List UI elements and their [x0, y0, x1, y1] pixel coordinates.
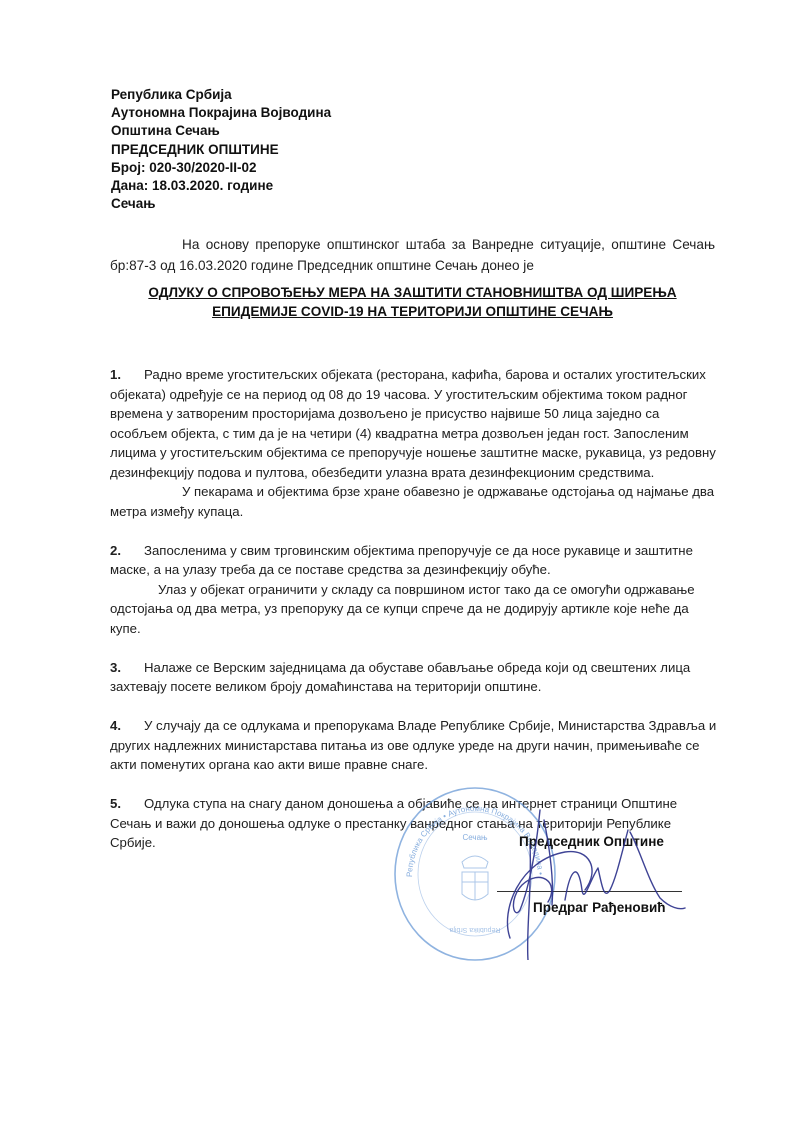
item-text: У случају да се одлукама и препорукама В… — [110, 718, 716, 772]
letterhead-municipality: Општина Сечањ — [111, 122, 331, 140]
letterhead-date: Дана: 18.03.2020. године — [111, 177, 331, 195]
item-number: 5. — [110, 794, 144, 814]
item-subparagraph: Улаз у објекат ограничити у складу са по… — [110, 580, 718, 639]
letterhead-number: Број: 020-30/2020-II-02 — [111, 159, 331, 177]
item-text: Налаже се Верским заједницама да обустав… — [110, 660, 690, 695]
decision-item-4: 4.У случају да се одлукама и препорукама… — [110, 716, 718, 775]
preamble: На основу препоруке општинског штаба за … — [110, 234, 715, 276]
letterhead-country: Република Србија — [111, 86, 331, 104]
item-number: 3. — [110, 658, 144, 678]
item-number: 4. — [110, 716, 144, 736]
item-subparagraph: У пекарама и објектима брзе хране обавез… — [110, 482, 718, 521]
letterhead-province: Аутономна Покрајина Војводина — [111, 104, 331, 122]
document-title-line-2: ЕПИДЕМИЈЕ COVID-19 НА ТЕРИТОРИЈИ ОПШТИНЕ… — [100, 302, 725, 321]
document-title: ОДЛУКУ О СПРОВОЂЕЊУ МЕРА НА ЗАШТИТИ СТАН… — [100, 283, 725, 321]
document-title-line-1: ОДЛУКУ О СПРОВОЂЕЊУ МЕРА НА ЗАШТИТИ СТАН… — [100, 283, 725, 302]
item-text: Радно време угоститељских објеката (рест… — [110, 367, 716, 480]
handwritten-signature-icon — [470, 790, 690, 960]
decision-item-1: 1.Радно време угоститељских објеката (ре… — [110, 365, 718, 521]
decision-item-2: 2.Запосленима у свим трговинским објекти… — [110, 541, 718, 639]
item-number: 1. — [110, 365, 144, 385]
letterhead-place: Сечањ — [111, 195, 331, 213]
preamble-line-2: бр:87-3 од 16.03.2020 године Председник … — [110, 255, 715, 276]
letterhead: Република Србија Аутономна Покрајина Вој… — [111, 86, 331, 213]
decision-item-3: 3.Налаже се Верским заједницама да обуст… — [110, 658, 718, 697]
letterhead-office: ПРЕДСЕДНИК ОПШТИНЕ — [111, 141, 331, 159]
item-text: Запосленима у свим трговинским објектима… — [110, 543, 693, 578]
preamble-line-1: На основу препоруке општинског штаба за … — [110, 234, 715, 255]
item-number: 2. — [110, 541, 144, 561]
